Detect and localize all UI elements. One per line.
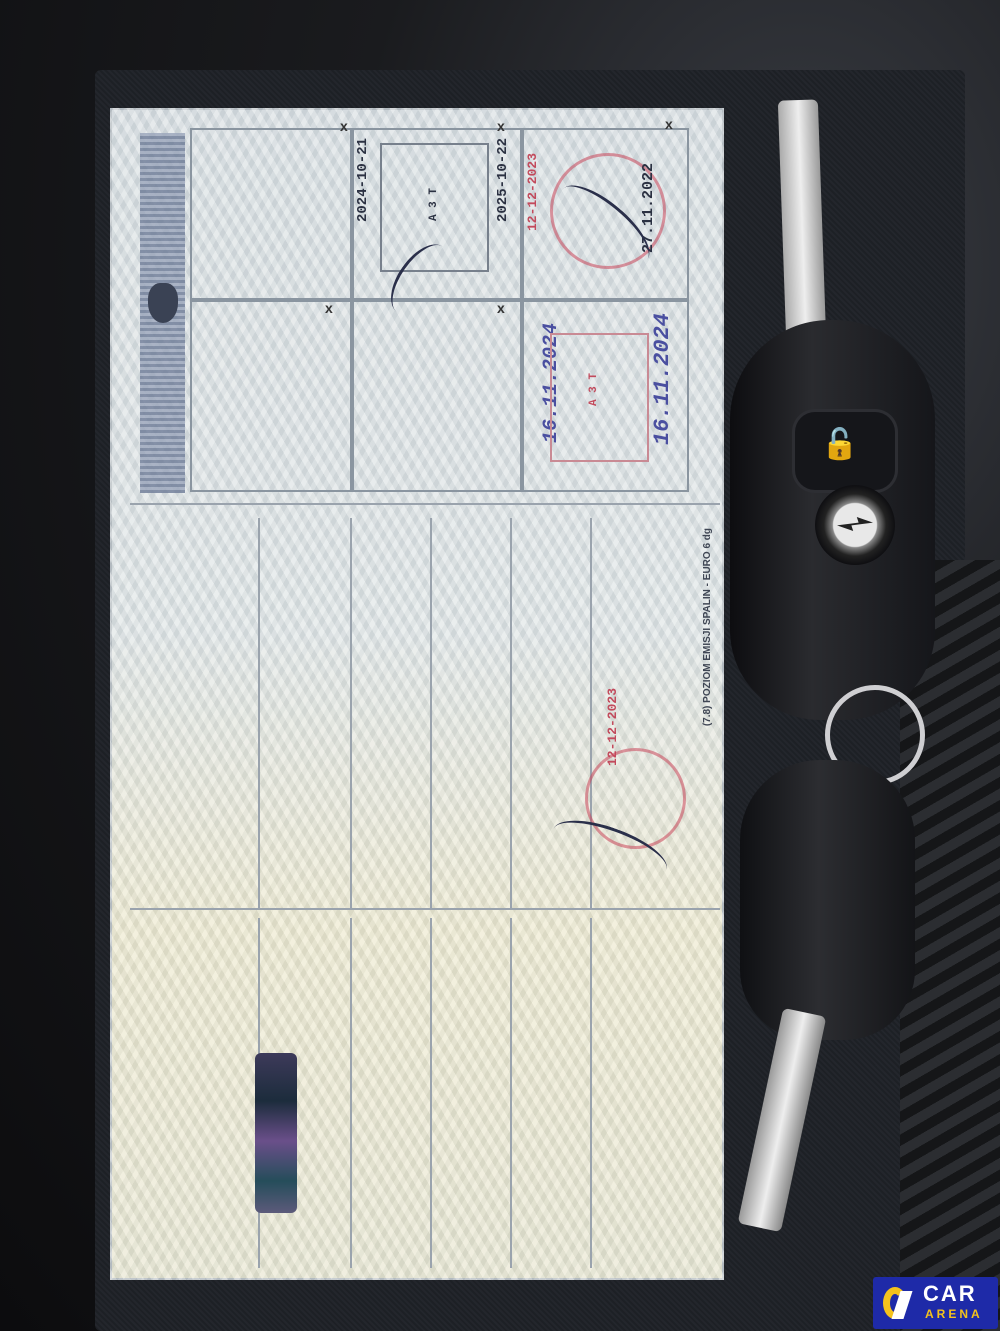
car-arena-watermark: CAR ARENA bbox=[873, 1277, 998, 1329]
second-key-fob bbox=[740, 760, 915, 1040]
page-fold bbox=[130, 503, 720, 505]
hologram-sticker bbox=[255, 1053, 297, 1213]
emission-note: (7.8) POZIOM EMISJI SPALIN - EURO 6 dg bbox=[702, 528, 713, 726]
cross-mark: x bbox=[665, 116, 673, 132]
page-column-line bbox=[590, 918, 592, 1268]
car-arena-logo-icon bbox=[883, 1287, 913, 1319]
cross-mark: x bbox=[497, 118, 505, 134]
inspection-date: 2024-10-21 bbox=[355, 138, 371, 222]
cross-mark: x bbox=[325, 300, 333, 316]
watermark-line-2: ARENA bbox=[925, 1308, 983, 1320]
registration-document: x x x x x 27.11.2022 12-12-2023 16.11.20… bbox=[110, 108, 724, 1280]
key-blade bbox=[778, 99, 826, 340]
inspection-date: 2025-10-22 bbox=[495, 138, 511, 222]
stamp-cell bbox=[350, 298, 524, 492]
eagle-crest-icon bbox=[148, 283, 178, 323]
page-column-line bbox=[258, 518, 260, 908]
cross-mark: x bbox=[497, 300, 505, 316]
page-column-line bbox=[430, 518, 432, 908]
cross-mark: x bbox=[340, 118, 348, 134]
stamp-cell bbox=[190, 128, 354, 302]
page-column-line bbox=[350, 918, 352, 1268]
page-fold bbox=[130, 908, 720, 910]
opel-logo-icon bbox=[815, 485, 895, 565]
handwritten-date: 16.11.2024 bbox=[650, 313, 675, 445]
page-column-line bbox=[350, 518, 352, 908]
page-column-line bbox=[430, 918, 432, 1268]
station-code: A 3 T bbox=[428, 188, 440, 221]
stamp-cell bbox=[190, 298, 354, 492]
unlock-icon: 🔓 bbox=[820, 425, 860, 465]
watermark-line-1: CAR bbox=[923, 1283, 977, 1305]
inspection-date: 12-12-2023 bbox=[525, 153, 540, 231]
page-column-line bbox=[510, 918, 512, 1268]
page-column-line bbox=[510, 518, 512, 908]
station-code: A 3 T bbox=[588, 373, 600, 406]
